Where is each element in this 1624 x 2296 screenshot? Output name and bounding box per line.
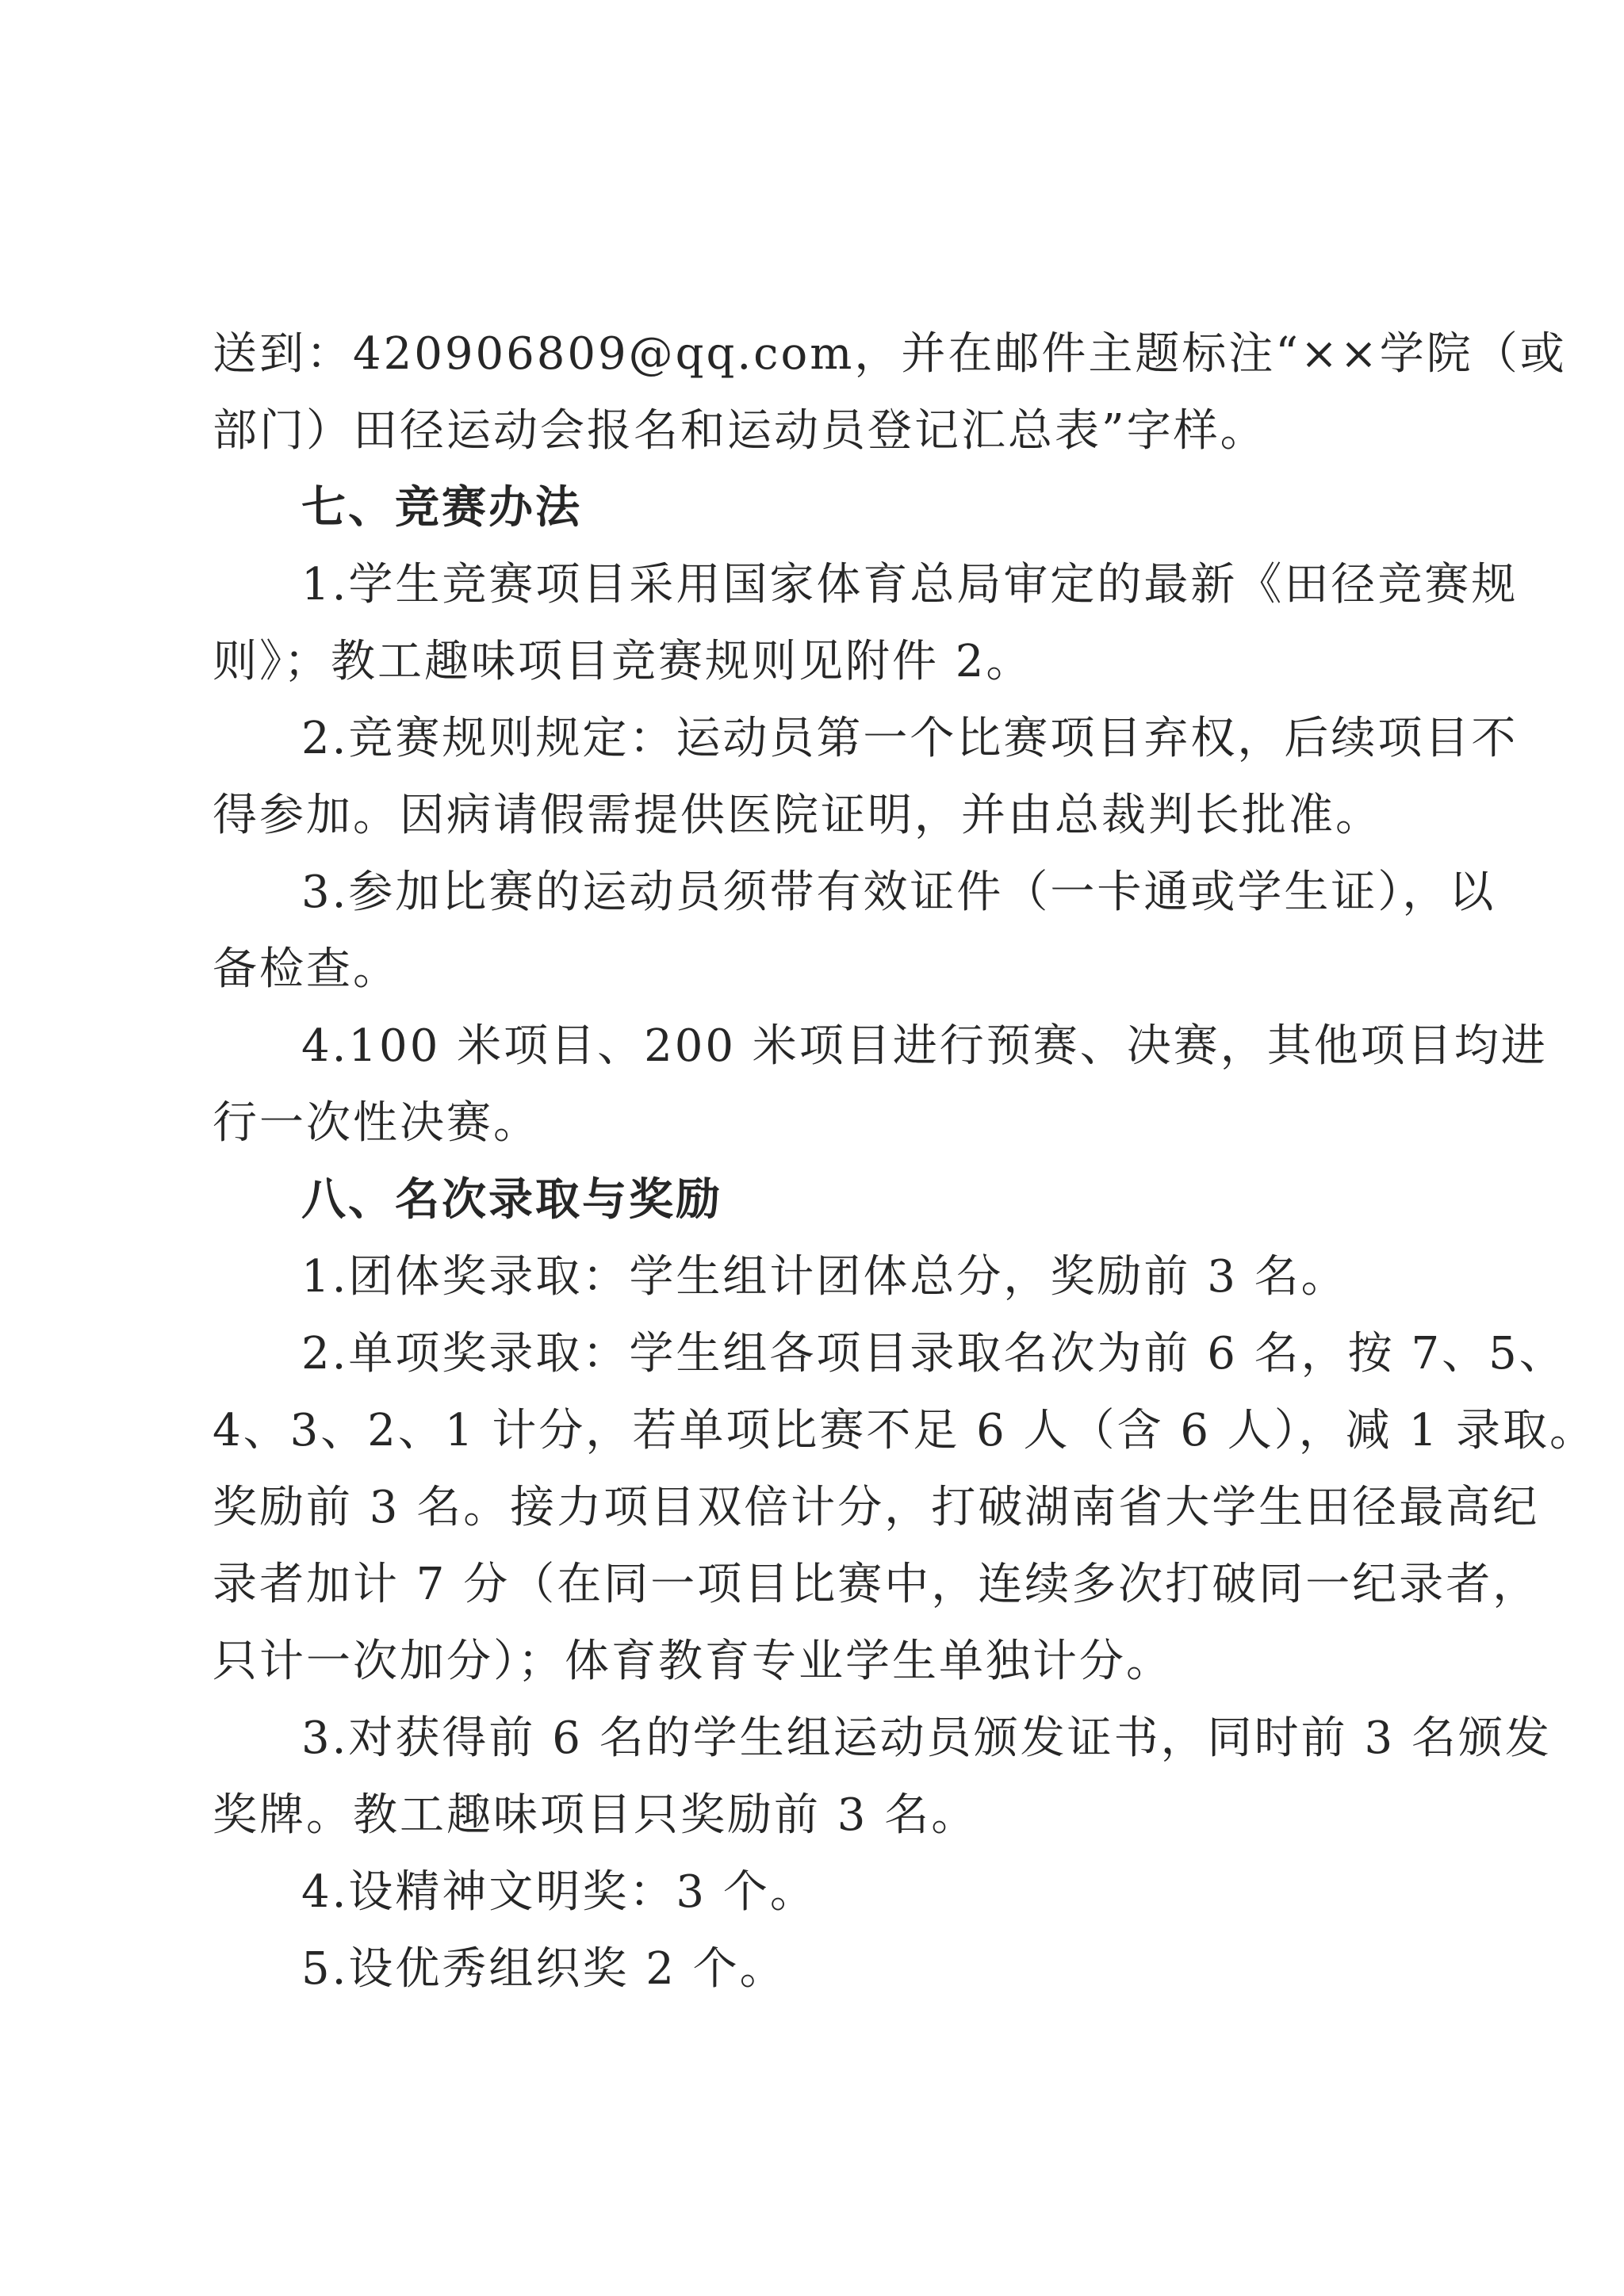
paragraph-line: 部门）田径运动会报名和运动员登记汇总表”字样。 xyxy=(213,392,1434,469)
paragraph-line: 3.参加比赛的运动员须带有效证件（一卡通或学生证），以 xyxy=(213,854,1434,931)
paragraph-line: 行一次性决赛。 xyxy=(213,1085,1434,1161)
paragraph-line: 录者加计 7 分（在同一项目比赛中，连续多次打破同一纪录者， xyxy=(213,1546,1434,1623)
section-heading-competition-rules: 七、竞赛办法 xyxy=(213,469,1434,546)
paragraph-line: 只计一次加分）；体育教育专业学生单独计分。 xyxy=(213,1623,1434,1700)
paragraph-line: 4、3、2、1 计分，若单项比赛不足 6 人（含 6 人），减 1 录取。 xyxy=(213,1392,1434,1469)
paragraph-line: 4.设精神文明奖：3 个。 xyxy=(213,1854,1434,1931)
paragraph-line-email: 送到：420906809@qq.com，并在邮件主题标注“××学院（或 xyxy=(213,316,1434,392)
paragraph-line: 奖励前 3 名。接力项目双倍计分，打破湖南省大学生田径最高纪 xyxy=(213,1469,1434,1546)
paragraph-line: 得参加。因病请假需提供医院证明，并由总裁判长批准。 xyxy=(213,777,1434,854)
paragraph-line: 1.学生竞赛项目采用国家体育总局审定的最新《田径竞赛规 xyxy=(213,546,1434,623)
document-page: 送到：420906809@qq.com，并在邮件主题标注“××学院（或 部门）田… xyxy=(213,316,1434,2007)
paragraph-line: 备检查。 xyxy=(213,931,1434,1008)
section-heading-ranking-awards: 八、名次录取与奖励 xyxy=(213,1161,1434,1238)
paragraph-line: 3.对获得前 6 名的学生组运动员颁发证书，同时前 3 名颁发 xyxy=(213,1700,1434,1777)
paragraph-line: 2.竞赛规则规定：运动员第一个比赛项目弃权，后续项目不 xyxy=(213,700,1434,777)
paragraph-line: 5.设优秀组织奖 2 个。 xyxy=(213,1931,1434,2007)
paragraph-line: 2.单项奖录取：学生组各项目录取名次为前 6 名，按 7、5、 xyxy=(213,1315,1434,1392)
paragraph-line: 1.团体奖录取：学生组计团体总分，奖励前 3 名。 xyxy=(213,1238,1434,1315)
paragraph-line: 则》；教工趣味项目竞赛规则见附件 2。 xyxy=(213,623,1434,700)
paragraph-line: 4.100 米项目、200 米项目进行预赛、决赛，其他项目均进 xyxy=(213,1008,1434,1085)
paragraph-line: 奖牌。教工趣味项目只奖励前 3 名。 xyxy=(213,1777,1434,1854)
